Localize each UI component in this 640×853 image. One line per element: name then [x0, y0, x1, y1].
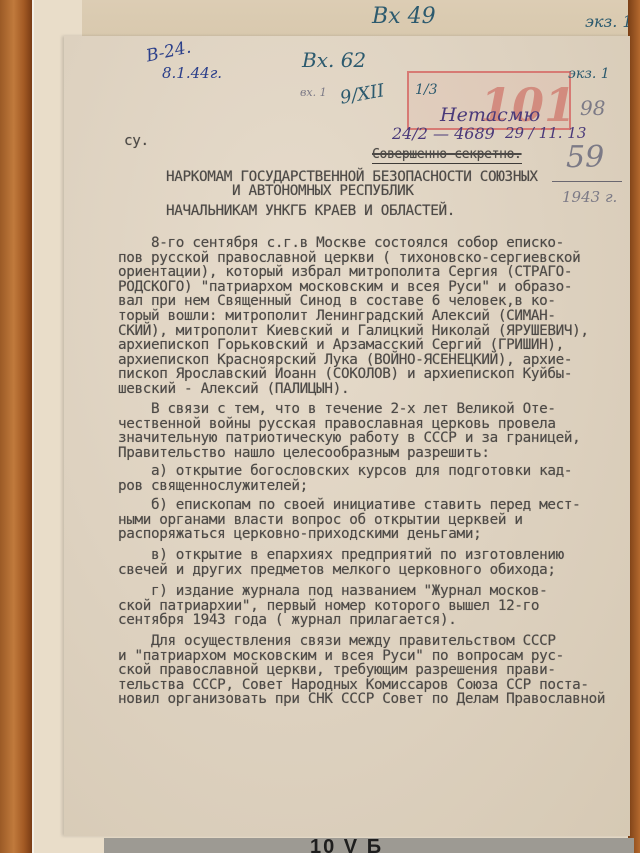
text-line: шевский - Алексий (ПАЛИЦЫН). — [118, 382, 349, 397]
text-line: Для осуществления связи между правительс… — [118, 634, 556, 649]
text-line: архиепископ Красноярский Лука (ВОЙНО-ЯСЕ… — [118, 353, 572, 368]
text-line: б) епископам по своей инициативе ставить… — [118, 498, 580, 513]
addressee-line-2: И АВТОНОМНЫХ РЕСПУБЛИК — [232, 184, 414, 199]
archive-label-text: 10 V Б — [310, 836, 383, 853]
text-line: Правительство нашло целесообразным разре… — [118, 446, 490, 461]
text-line: чественной войны русская православная це… — [118, 417, 556, 432]
document-prefix: су. — [124, 134, 149, 149]
stamp-text: Нетасмю — [440, 104, 540, 126]
text-line: СКИЙ), митрополит Киевский и Галицкий Ни… — [118, 324, 589, 339]
text-line: распоряжаться церковно-приходскими деньг… — [118, 527, 481, 542]
back-sheet-ref: Вх 49 — [372, 4, 436, 29]
year-note: 1943 г. — [562, 188, 617, 206]
text-line: новил организовать при СНК СССР Совет по… — [118, 692, 605, 707]
pencil-note: вх. 1 — [300, 86, 327, 99]
back-sheet-corner-note: экз. 1 — [585, 12, 633, 31]
text-line: в) открытие в епархиях предприятий по из… — [118, 548, 564, 563]
text-line: 8-го сентября с.г.в Москве состоялся соб… — [118, 236, 564, 251]
registration-number: 24/2 — 4689 — [392, 124, 495, 143]
stamp-corner-number: 1/3 — [415, 82, 438, 98]
text-line: тельства СССР, Совет Народных Комиссаров… — [118, 678, 589, 693]
copy-note: экз. 1 — [568, 66, 610, 82]
text-line: ров священнослужителей; — [118, 479, 308, 494]
incoming-ref: Вх. 62 — [302, 48, 366, 72]
text-line: значительную патриотическую работу в ССС… — [118, 431, 580, 446]
text-line: пов русской православной церкви ( тихоно… — [118, 251, 580, 266]
text-line: вал при нем Священный Синод в составе 6 … — [118, 294, 556, 309]
annotation-top-left-2: 8.1.44г. — [162, 64, 222, 82]
text-line: ными органами власти вопрос об открытии … — [118, 513, 523, 528]
folio-small: 98 — [580, 96, 605, 120]
text-line: архиепископ Горьковский и Арзамасский Се… — [118, 338, 564, 353]
folio-number: 59 — [566, 140, 604, 175]
text-line: В связи с тем, что в течение 2-х лет Вел… — [118, 402, 556, 417]
text-line: ориентации), который избрал митрополита … — [118, 265, 572, 280]
text-line: свечей и других предметов мелкого церков… — [118, 563, 556, 578]
text-line: и "патриархом московским и всея Руси" по… — [118, 649, 564, 664]
folio-underline — [552, 181, 622, 182]
text-line: ской патриархии", первый номер которого … — [118, 599, 539, 614]
text-line: г) издание журнала под названием "Журнал… — [118, 584, 547, 599]
archive-box-wood-left — [0, 0, 34, 853]
text-line: сентября 1943 года ( журнал прилагается)… — [118, 613, 457, 628]
text-line: ской православной церкви, требующим разр… — [118, 663, 556, 678]
classification: Совершенно секретно. — [372, 148, 522, 164]
text-line: а) открытие богословских курсов для подг… — [118, 464, 572, 479]
text-line: торый вошли: митрополит Ленинградский Ал… — [118, 309, 556, 324]
addressee-line-3: НАЧАЛЬНИКАМ УНКГБ КРАЕВ И ОБЛАСТЕЙ. — [166, 204, 455, 219]
text-line: пископ Ярославский Иоанн (СОКОЛОВ) и арх… — [118, 367, 572, 382]
text-line: РОДСКОГО) "патриархом московским и всея … — [118, 280, 572, 295]
